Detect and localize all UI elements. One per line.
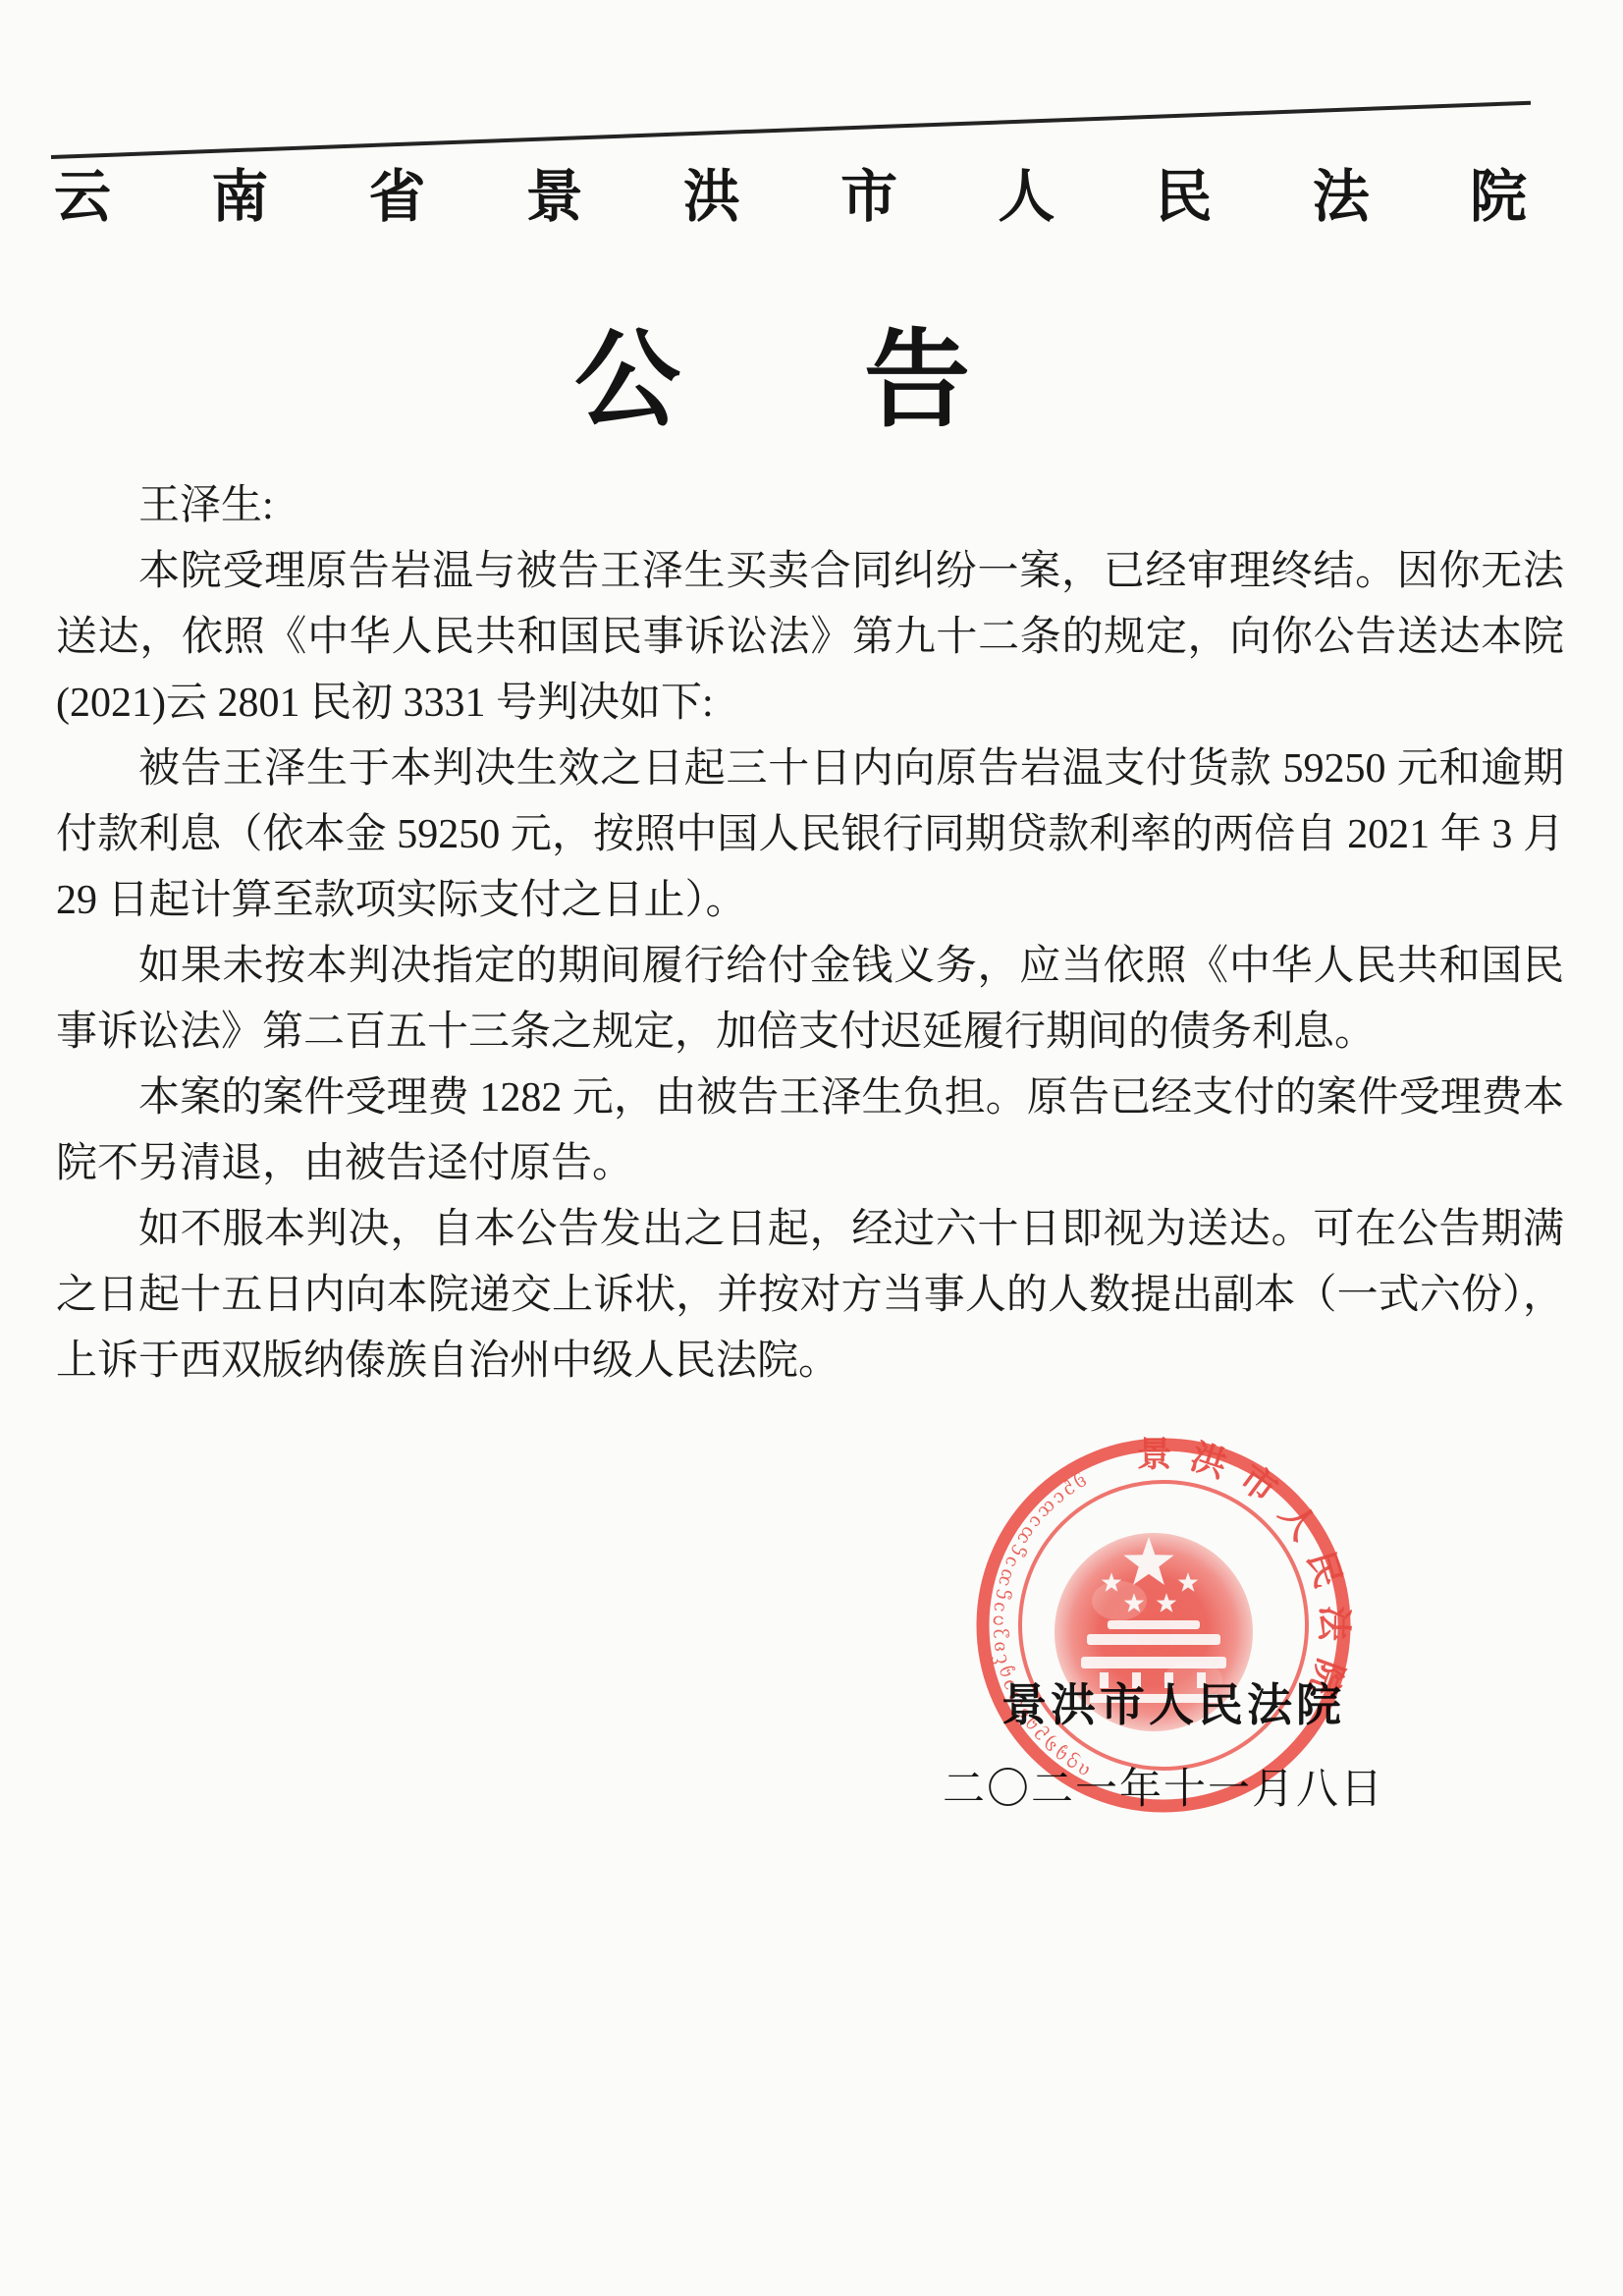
salutation: 王泽生: xyxy=(56,473,1564,539)
signature-court-name: 景洪市人民法院 xyxy=(982,1669,1365,1734)
signature-date: 二〇二一年十一月八日 xyxy=(913,1756,1414,1816)
paragraph-court-fee: 本案的案件受理费 1282 元，由被告王泽生负担。原告已经支付的案件受理费本院不… xyxy=(56,1066,1564,1197)
document-title: 公 告 xyxy=(0,295,1623,447)
announcement-body: 王泽生: 本院受理原告岩温与被告王泽生买卖合同纠纷一案，已经审理终结。因你无法送… xyxy=(56,473,1564,1394)
paragraph-late-interest: 如果未按本判决指定的期间履行给付金钱义务，应当依照《中华人民共和国民事诉讼法》第… xyxy=(56,934,1564,1066)
paragraph-judgment-intro: 本院受理原告岩温与被告王泽生买卖合同纠纷一案，已经审理终结。因你无法送达，依照《… xyxy=(56,539,1564,737)
paragraph-appeal-notice: 如不服本判决，自本公告发出之日起，经过六十日即视为送达。可在公告期满之日起十五日… xyxy=(56,1197,1564,1394)
paragraph-payment-order: 被告王泽生于本判决生效之日起三十日内向原告岩温支付货款 59250 元和逾期付款… xyxy=(56,737,1564,934)
document-page: 云南省景洪市人民法院 公 告 王泽生: 本院受理原告岩温与被告王泽生买卖合同纠纷… xyxy=(0,0,1623,2296)
court-header-title: 云南省景洪市人民法院 xyxy=(54,165,1527,231)
header-rule xyxy=(51,101,1531,159)
